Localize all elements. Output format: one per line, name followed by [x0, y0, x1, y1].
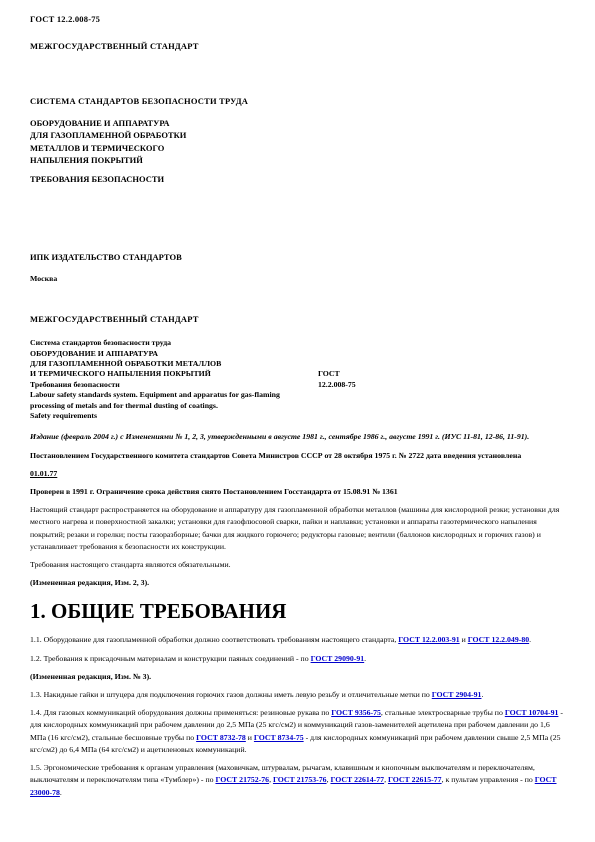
text-segment: 1.1. Оборудование для газопламенной обра…: [30, 635, 398, 644]
decree-note: Постановлением Государственного комитета…: [30, 450, 565, 462]
gost-code-column: ГОСТ 12.2.008-75: [318, 369, 356, 390]
gost-code-number: 12.2.008-75: [318, 380, 356, 390]
standard-title-block: Система стандартов безопасности труда ОБ…: [30, 338, 565, 421]
gost-link[interactable]: ГОСТ 22614-77: [330, 775, 384, 784]
text-segment: и: [460, 635, 468, 644]
subtitle-ru: Требования безопасности: [30, 380, 565, 390]
text-segment: 1.4. Для газовых коммуникаций оборудован…: [30, 708, 331, 717]
paragraph-1-5: 1.5. Эргономические требования к органам…: [30, 762, 565, 799]
gost-link[interactable]: ГОСТ 12.2.049-80: [468, 635, 529, 644]
gost-link[interactable]: ГОСТ 21753-76: [273, 775, 327, 784]
gost-link[interactable]: ГОСТ 2904-91: [432, 690, 482, 699]
text-segment: , стальные электросварные трубы по: [381, 708, 505, 717]
doc-number-header: ГОСТ 12.2.008-75: [30, 14, 565, 24]
cover-title-line: МЕТАЛЛОВ И ТЕРМИЧЕСКОГО: [30, 142, 565, 154]
gost-link[interactable]: ГОСТ 8732-78: [196, 733, 246, 742]
cover-title-line: НАПЫЛЕНИЯ ПОКРЫТИЙ: [30, 154, 565, 166]
text-segment: , к пультам управления - по: [442, 775, 535, 784]
cover-subtitle: ТРЕБОВАНИЯ БЕЗОПАСНОСТИ: [30, 173, 565, 185]
standard-type-header: МЕЖГОСУДАРСТВЕННЫЙ СТАНДАРТ: [30, 41, 565, 51]
amendment-note-2: (Измененная редакция, Изм. № 3).: [30, 671, 565, 683]
text-segment: 1.2. Требования к присадочным материалам…: [30, 654, 311, 663]
scope-paragraph: Настоящий стандарт распространяется на о…: [30, 504, 565, 553]
publisher-city: Москва: [30, 274, 565, 284]
effective-date: 01.01.77: [30, 468, 565, 480]
paragraph-1-2: 1.2. Требования к присадочным материалам…: [30, 653, 565, 665]
title-ru-line: ОБОРУДОВАНИЕ И АППАРАТУРА: [30, 349, 565, 359]
gost-code-label: ГОСТ: [318, 369, 356, 379]
system-line: Система стандартов безопасности труда: [30, 338, 565, 348]
gost-link[interactable]: ГОСТ 9356-75: [331, 708, 381, 717]
amendment-note-1: (Измененная редакция, Изм. 2, 3).: [30, 577, 565, 589]
gost-link[interactable]: ГОСТ 29090-91: [311, 654, 365, 663]
document-page: ГОСТ 12.2.008-75 МЕЖГОСУДАРСТВЕННЫЙ СТАН…: [0, 0, 595, 842]
check-note: Проверен в 1991 г. Ограничение срока дей…: [30, 486, 565, 498]
publisher: ИПК ИЗДАТЕЛЬСТВО СТАНДАРТОВ: [30, 251, 565, 263]
title-en-line: processing of metals and for thermal dus…: [30, 401, 565, 411]
title-en-line: Labour safety standards system. Equipmen…: [30, 390, 565, 400]
gost-link[interactable]: ГОСТ 10704-91: [505, 708, 559, 717]
gost-link[interactable]: ГОСТ 22615-77: [388, 775, 442, 784]
edition-note: Издание (февраль 2004 г.) с Изменениями …: [30, 431, 565, 443]
title-ru-line: И ТЕРМИЧЕСКОГО НАПЫЛЕНИЯ ПОКРЫТИЙ: [30, 369, 565, 379]
cover-title-line: ДЛЯ ГАЗОПЛАМЕННОЙ ОБРАБОТКИ: [30, 129, 565, 141]
cover-title: ОБОРУДОВАНИЕ И АППАРАТУРА ДЛЯ ГАЗОПЛАМЕН…: [30, 117, 565, 166]
section-1-heading: 1. ОБЩИЕ ТРЕБОВАНИЯ: [30, 598, 565, 624]
text-segment: .: [364, 654, 366, 663]
text-segment: и: [246, 733, 254, 742]
text-segment: .: [60, 788, 62, 797]
gost-link[interactable]: ГОСТ 12.2.003-91: [398, 635, 459, 644]
text-segment: .: [529, 635, 531, 644]
text-segment: .: [481, 690, 483, 699]
gost-link[interactable]: ГОСТ 8734-75: [254, 733, 304, 742]
standard-type-header-2: МЕЖГОСУДАРСТВЕННЫЙ СТАНДАРТ: [30, 314, 565, 324]
system-title: СИСТЕМА СТАНДАРТОВ БЕЗОПАСНОСТИ ТРУДА: [30, 96, 565, 106]
mandatory-note: Требования настоящего стандарта являются…: [30, 559, 565, 571]
gost-link[interactable]: ГОСТ 21752-76: [215, 775, 269, 784]
cover-title-line: ОБОРУДОВАНИЕ И АППАРАТУРА: [30, 117, 565, 129]
paragraph-1-1: 1.1. Оборудование для газопламенной обра…: [30, 634, 565, 646]
paragraph-1-3: 1.3. Накидные гайки и штуцера для подклю…: [30, 689, 565, 701]
title-ru-line: ДЛЯ ГАЗОПЛАМЕННОЙ ОБРАБОТКИ МЕТАЛЛОВ: [30, 359, 565, 369]
paragraph-1-4: 1.4. Для газовых коммуникаций оборудован…: [30, 707, 565, 756]
title-en-line: Safety requirements: [30, 411, 565, 421]
text-segment: 1.3. Накидные гайки и штуцера для подклю…: [30, 690, 432, 699]
